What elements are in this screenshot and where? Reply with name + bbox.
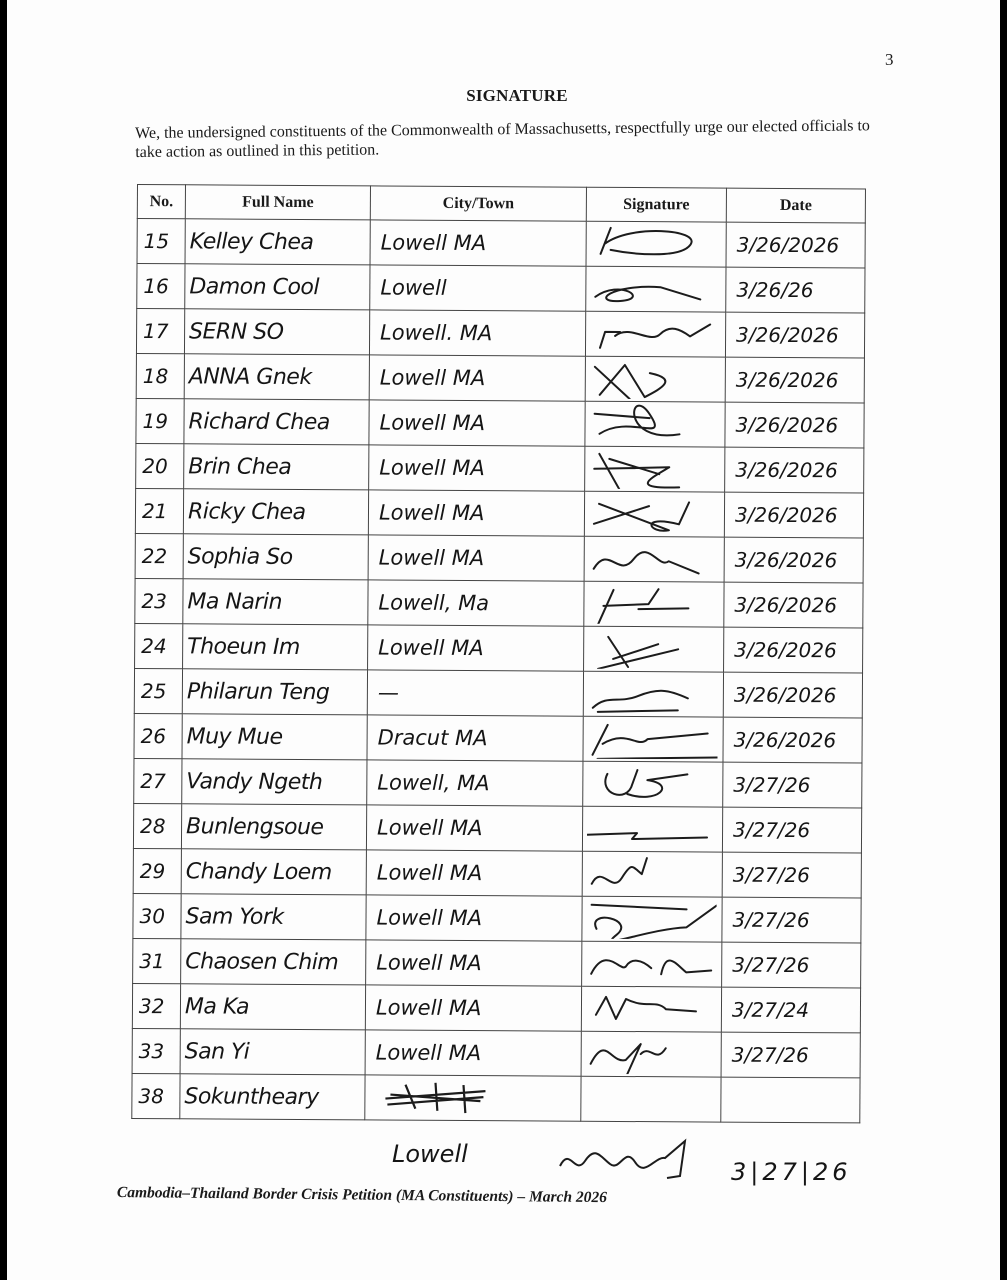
signature-cell [584,491,724,537]
row-number: 22 [135,533,183,578]
full-name-cell: Chaosen Chim [181,939,366,985]
overflow-date: 3|27|26 [731,1158,852,1186]
signature-cell [584,536,724,582]
signature-cell [583,716,723,762]
date-cell [721,1077,860,1123]
full-name-cell: Bunlengsoue [181,804,366,850]
city-town-cell: Lowell, MA [367,760,583,806]
signature-scribble-icon [588,674,718,715]
full-name-cell: Thoeun Im [183,624,368,670]
row-number: 27 [134,758,182,803]
signature-cell [582,941,722,987]
row-number: 30 [133,893,181,938]
row-number: 32 [132,983,180,1028]
signature-scribble-icon [589,494,719,535]
signature-cell [584,581,724,627]
city-town-cell: Lowell MA [369,355,585,401]
city-town-cell: Lowell MA [365,1030,581,1076]
table-row: 15Kelley CheaLowell MA3/26/2026 [137,219,865,268]
signature-scribble-icon [589,404,719,445]
full-name-cell: Richard Chea [184,399,369,445]
city-town-cell [365,1075,581,1121]
table-row: 31Chaosen ChimLowell MA3/27/26 [133,938,861,987]
city-town-cell: Lowell MA [366,895,582,941]
table-row: 38Sokuntheary [132,1073,860,1122]
city-town-cell: — [367,670,583,716]
signature-cell [585,401,725,447]
date-cell: 3/26/2026 [725,357,864,403]
full-name-cell: Muy Mue [182,714,367,760]
table-row: 22Sophia SoLowell MA3/26/2026 [135,533,863,582]
signature-scribble-icon [586,944,716,985]
signature-cell [581,1076,721,1122]
table-row: 16Damon CoolLowell3/26/26 [137,264,865,313]
header-no: No. [137,185,185,219]
scribbled-out-icon [375,1076,495,1115]
table-row: 20Brin CheaLowell MA3/26/2026 [136,443,864,492]
city-town-cell: Lowell. MA [369,310,585,356]
full-name-cell: Sophia So [183,534,368,580]
city-town-cell: Lowell MA [369,445,585,491]
table-row: 28BunlengsoueLowell MA3/27/26 [133,803,861,852]
signature-cell [581,1031,721,1077]
table-row: 18ANNA GnekLowell MA3/26/2026 [136,353,864,402]
signature-scribble-icon [587,854,717,895]
full-name-cell: ANNA Gnek [184,354,369,400]
city-town-cell: Lowell MA [368,490,584,536]
table-row: 25Philarun Teng—3/26/2026 [134,668,862,717]
table-row: 19Richard CheaLowell MA3/26/2026 [136,398,864,447]
petition-page: 3 SIGNATURE We, the undersigned constitu… [7,0,1000,1280]
date-cell: 3/26/2026 [723,717,862,763]
header-date: Date [726,188,865,223]
full-name-cell: Damon Cool [185,264,370,310]
signature-cell [585,311,725,357]
row-number: 24 [135,623,183,668]
row-number: 28 [133,803,181,848]
table-row: 26Muy MueDracut MA3/26/2026 [134,713,862,762]
table-row: 23Ma NarinLowell, Ma3/26/2026 [135,578,863,627]
header-city-town: City/Town [370,186,586,221]
table-row: 24Thoeun ImLowell MA3/26/2026 [135,623,863,672]
signature-table: No. Full Name City/Town Signature Date 1… [131,184,866,1123]
date-cell: 3/26/2026 [725,447,864,493]
city-town-cell: Lowell MA [366,805,582,851]
table-row: 21Ricky CheaLowell MA3/26/2026 [135,488,863,537]
city-town-cell: Lowell MA [366,850,582,896]
overflow-city: Lowell [392,1140,468,1168]
date-cell: 3/26/2026 [724,582,863,628]
signature-scribble-icon [588,584,718,625]
header-signature: Signature [586,187,726,222]
signature-cell [582,806,722,852]
row-number: 19 [136,398,184,443]
table-row: 27Vandy NgethLowell, MA3/27/26 [134,758,862,807]
signature-scribble-icon [591,224,721,265]
signature-scribble-icon [590,359,720,400]
row-number: 17 [136,309,184,354]
table-row: 32Ma KaLowell MA3/27/24 [132,983,860,1032]
date-cell: 3/26/2026 [724,537,863,583]
signature-scribble-icon [590,314,720,355]
full-name-cell: Sokuntheary [180,1074,365,1120]
city-town-cell: Lowell MA [369,400,585,446]
signature-scribble-icon [589,449,719,490]
row-number: 31 [133,938,181,983]
city-town-cell: Lowell MA [366,940,582,986]
signature-cell [585,446,725,492]
date-cell: 3/27/26 [721,1032,860,1078]
table-row: 30Sam YorkLowell MA3/27/26 [133,893,861,942]
city-town-cell: Lowell MA [368,535,584,581]
city-town-cell: Lowell [370,265,586,311]
city-town-cell: Dracut MA [367,715,583,761]
date-cell: 3/26/2026 [725,402,864,448]
full-name-cell: Ricky Chea [183,489,368,535]
signature-cell [581,986,721,1032]
full-name-cell: Ma Narin [183,579,368,625]
row-number: 33 [132,1028,180,1073]
date-cell: 3/26/2026 [724,492,863,538]
signature-cell [582,896,722,942]
row-number: 26 [134,713,182,758]
signature-scribble-icon [586,1034,716,1075]
signature-cell [586,266,726,312]
city-town-cell: Lowell, Ma [368,580,584,626]
signature-cell [584,626,724,672]
signature-scribble-icon [590,269,720,310]
date-cell: 3/26/2026 [725,312,864,358]
signature-cell [585,356,725,402]
header-full-name: Full Name [185,185,370,220]
city-town-cell: Lowell MA [368,625,584,671]
signature-cell [583,671,723,717]
date-cell: 3/27/26 [723,762,862,808]
date-cell: 3/27/26 [722,852,861,898]
full-name-cell: Brin Chea [184,444,369,490]
signature-scribble-icon [587,809,717,850]
full-name-cell: Sam York [181,894,366,940]
full-name-cell: Philarun Teng [182,669,367,715]
overflow-signature-scribble-icon [555,1136,705,1182]
signature-scribble-icon [589,539,719,580]
signature-table-container: No. Full Name City/Town Signature Date 1… [131,184,865,1123]
date-cell: 3/27/26 [722,807,861,853]
signature-rows: 15Kelley CheaLowell MA3/26/202616Damon C… [132,219,865,1123]
row-number: 20 [136,443,184,488]
petition-intro: We, the undersigned constituents of the … [135,116,895,162]
full-name-cell: San Yi [180,1029,365,1075]
full-name-cell: Ma Ka [180,984,365,1030]
table-row: 17SERN SOLowell. MA3/26/2026 [136,309,864,358]
row-number: 15 [137,219,185,264]
signature-scribble-icon [586,899,716,940]
city-town-cell: Lowell MA [365,985,581,1031]
petition-footer: Cambodia–Thailand Border Crisis Petition… [117,1184,607,1207]
full-name-cell: Chandy Loem [181,849,366,895]
signature-cell [586,221,726,267]
page-number: 3 [885,50,894,70]
date-cell: 3/27/24 [721,987,860,1033]
row-number: 29 [133,848,181,893]
row-number: 16 [137,264,185,309]
full-name-cell: Vandy Ngeth [182,759,367,805]
full-name-cell: SERN SO [184,309,369,355]
row-number: 18 [136,353,184,398]
signature-scribble-icon [588,629,718,670]
signature-cell [582,851,722,897]
page-title: SIGNATURE [7,86,1007,106]
row-number: 38 [132,1073,180,1118]
date-cell: 3/26/2026 [726,222,865,268]
date-cell: 3/26/2026 [723,672,862,718]
signature-scribble-icon [586,989,716,1030]
row-number: 25 [134,668,182,713]
signature-scribble-icon [587,764,717,805]
date-cell: 3/26/2026 [724,627,863,673]
signature-scribble-icon [587,719,717,760]
full-name-cell: Kelley Chea [185,219,370,265]
date-cell: 3/27/26 [722,897,861,943]
table-row: 33San YiLowell MA3/27/26 [132,1028,860,1077]
table-header-row: No. Full Name City/Town Signature Date [137,185,865,223]
date-cell: 3/27/26 [722,942,861,988]
city-town-cell: Lowell MA [370,220,586,266]
table-row: 29Chandy LoemLowell MA3/27/26 [133,848,861,897]
row-number: 23 [135,578,183,623]
date-cell: 3/26/26 [726,267,865,313]
signature-cell [583,761,723,807]
row-number: 21 [135,488,183,533]
